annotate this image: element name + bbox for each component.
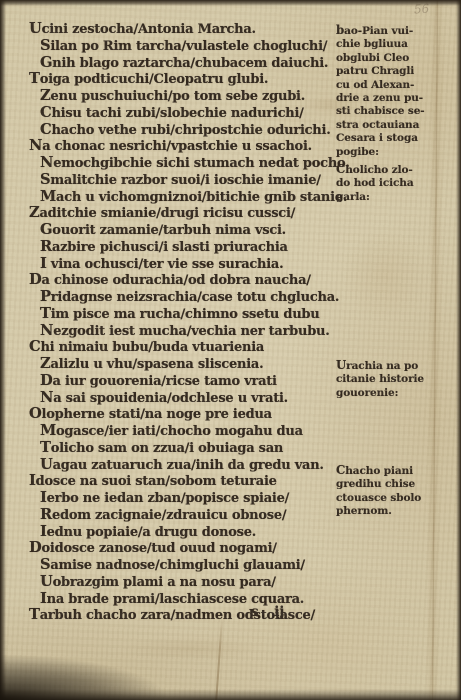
poem-line: Da iur gouorenia/ricse tamo vrati — [29, 373, 337, 390]
poem-line: Chi nimaiu bubu/buda vtuarienia — [29, 339, 337, 356]
poem-line: Zenu puschuiuchi/po tom sebe zgubi. — [29, 88, 337, 105]
poem-line: Mogasce/ier iati/chocho mogahu dua — [29, 423, 337, 440]
poem-line: Tim pisce ma rucha/chimno ssetu dubu — [29, 306, 337, 323]
poem-line: Nezgodit iest mucha/vechia ner tarbubu. — [29, 323, 337, 340]
scan-edge-right — [456, 0, 461, 700]
poem-line: Chisu tachi zubi/slobechie nadurichi/ — [29, 105, 337, 122]
poem-line: Samise nadnose/chimgluchi glauami/ — [29, 557, 337, 574]
poem-line: Gnih blago raztarcha/chubacem daiuchi. — [29, 55, 337, 72]
poem-line: Gouorit zamanie/tarbuh nima vsci. — [29, 222, 337, 239]
poem-line: Toiga podticuchi/Cleopatru glubi. — [29, 71, 337, 88]
poem-line: Idosce na suoi stan/sobom teturaie — [29, 473, 337, 490]
poem-line: Silan po Rim tarcha/vulastele chogluchi/ — [29, 38, 337, 55]
poem-line: Chacho vethe rubi/chripostchie odurichi. — [29, 122, 337, 139]
poem-line: Redom zacignaie/zdrauicu obnose/ — [29, 507, 337, 524]
poem-line: Ina brade prami/laschiascese cquara. — [29, 591, 337, 608]
poem-line: Zaditchie smianie/drugi ricisu cussci/ — [29, 205, 337, 222]
poem-line: Na sai spouidenia/odchlese u vrati. — [29, 390, 337, 407]
poem-line: Olopherne stati/na noge pre iedua — [29, 406, 337, 423]
poem-line: Mach u vichomgniznoi/bitichie gnib stani… — [29, 189, 337, 206]
paper-stain — [340, 230, 430, 320]
poem-line: Zalizlu u vhu/spasena sliscenia. — [29, 356, 337, 373]
book-page: Ucini zestocha/Antonia Marcha.Silan po R… — [0, 0, 461, 700]
poem-line: Ucini zestocha/Antonia Marcha. — [29, 21, 337, 38]
poem-line: Razbire pichusci/i slasti priurachia — [29, 239, 337, 256]
poem-line: Uobrazgim plami a na nosu para/ — [29, 574, 337, 591]
poem-line: Doidosce zanose/tud ouud nogami/ — [29, 540, 337, 557]
scan-edge-left — [0, 0, 6, 700]
poem-line: Tarbuh chacho zara/nadmen odstoiasce/ — [29, 607, 337, 624]
poem-line: Nemochgibchie sichi stumach nedat pocho. — [29, 155, 337, 172]
signature-mark: s ij — [251, 604, 284, 620]
poem-line: Ierbo ne iedan zban/popisce spiaie/ — [29, 490, 337, 507]
poem-line: Uagau zatuaruch zua/inih da gredu van. — [29, 457, 337, 474]
poem-line: I vina ochusci/ter vie sse surachia. — [29, 256, 337, 273]
poem-line: Smalitchie razbor suoi/i ioschie imanie/ — [29, 172, 337, 189]
poem-line: Iednu popiaie/a drugu donose. — [29, 524, 337, 541]
poem-line: Na chonac nesrichi/vpastchie u ssachoi. — [29, 138, 337, 155]
poem-text-block: Ucini zestocha/Antonia Marcha.Silan po R… — [29, 21, 337, 624]
page-corner-shadow — [0, 654, 170, 700]
scan-edge-top — [0, 0, 461, 6]
poem-line: Da chinose odurachia/od dobra naucha/ — [29, 272, 337, 289]
poem-line: Tolicho sam on zzua/i obuiaga san — [29, 440, 337, 457]
poem-line: Pridagnse neizsrachia/case totu chglucha… — [29, 289, 337, 306]
